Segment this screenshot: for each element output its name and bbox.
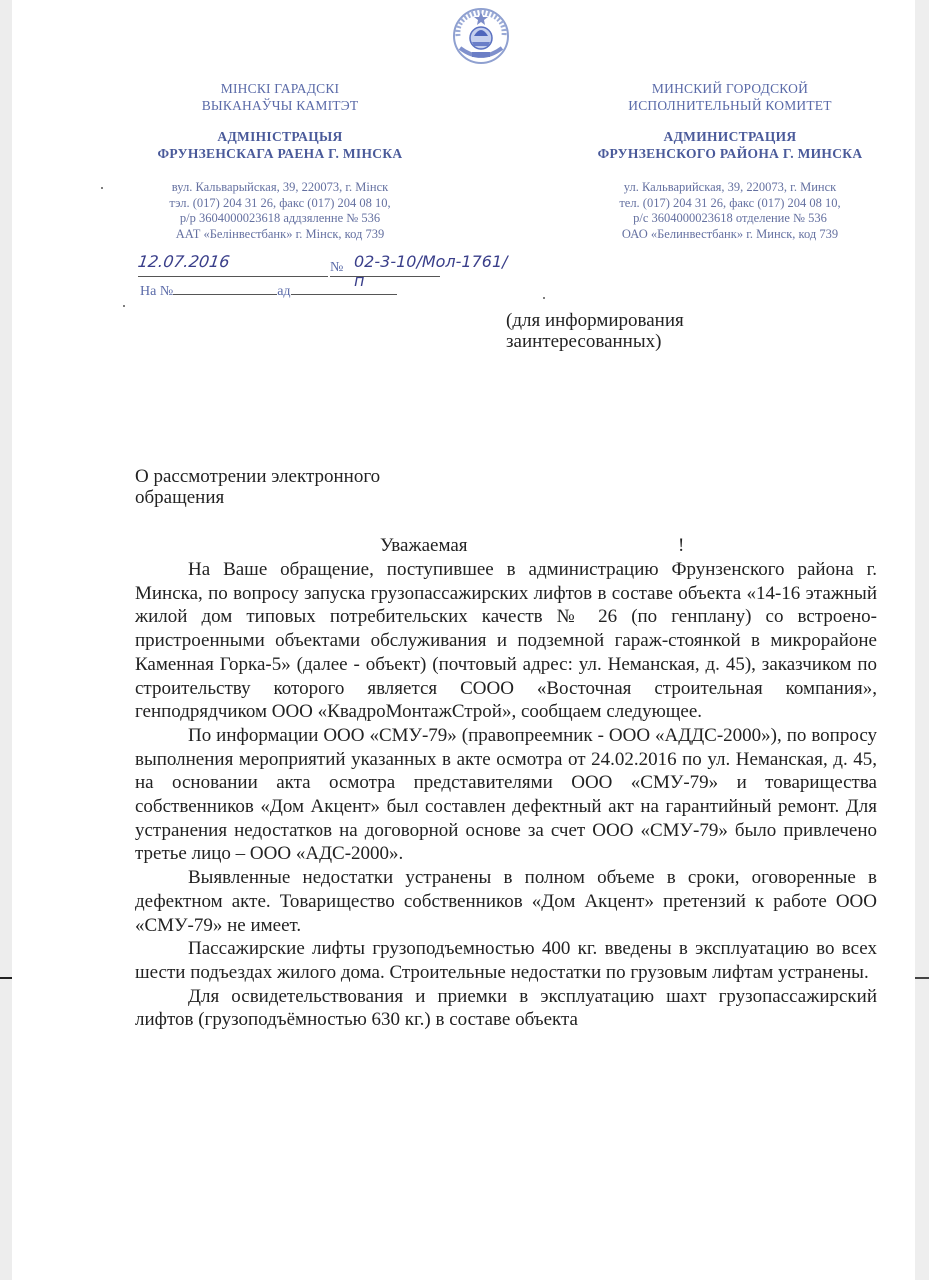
- header-russian: МИНСКИЙ ГОРОДСКОЙ ИСПОЛНИТЕЛЬНЫЙ КОМИТЕТ…: [560, 80, 900, 242]
- paragraph: Пассажирские лифты грузоподъемностью 400…: [135, 937, 877, 984]
- handwritten-date: 12.07.2016: [137, 252, 231, 271]
- org-name-line2: ИСПОЛНИТЕЛЬНЫЙ КОМИТЕТ: [560, 97, 900, 114]
- org-name-line1: МИНСКИЙ ГОРОДСКОЙ: [560, 80, 900, 97]
- number-label: №: [330, 260, 343, 276]
- salutation: Уважаемая !: [380, 535, 468, 557]
- contact-account: р/р 3604000023618 аддзяленне № 536: [120, 211, 440, 227]
- recipient-line2: заинтересованных): [506, 331, 684, 352]
- scan-mark-left: [0, 977, 12, 979]
- contact-bank: ААТ «Белінвестбанк» г. Мінск, код 739: [120, 227, 440, 243]
- number-underline: [330, 276, 440, 277]
- date-underline: [138, 276, 328, 277]
- contact-phone: тэл. (017) 204 31 26, факс (017) 204 08 …: [120, 196, 440, 212]
- subject-block: О рассмотрении электронного обращения: [135, 466, 380, 508]
- recipient-block: (для информирования заинтересованных): [506, 310, 684, 352]
- admin-name-line1: АДМІНІСТРАЦЫЯ: [120, 128, 440, 145]
- contact-address: вул. Кальварыйская, 39, 220073, г. Мінск: [120, 180, 440, 196]
- recipient-line1: (для информирования: [506, 310, 684, 331]
- header-belarusian: МІНСКІ ГАРАДСКІ ВЫКАНАЎЧЫ КАМІТЭТ АДМІНІ…: [120, 80, 440, 242]
- scan-speck: [101, 187, 103, 189]
- letter-body: На Ваше обращение, поступившее в админис…: [135, 558, 877, 1032]
- salutation-exclamation: !: [678, 535, 684, 557]
- subject-line1: О рассмотрении электронного: [135, 466, 380, 487]
- admin-name-line1: АДМИНИСТРАЦИЯ: [560, 128, 900, 145]
- scan-edge-left: [0, 0, 12, 1280]
- scan-mark-right: [915, 977, 929, 979]
- org-name-line1: МІНСКІ ГАРАДСКІ: [120, 80, 440, 97]
- contact-account: р/с 3604000023618 отделение № 536: [560, 211, 900, 227]
- reference-line: На №ад: [140, 282, 397, 300]
- scan-speck: [123, 305, 125, 307]
- contact-bank: ОАО «Белинвестбанк» г. Минск, код 739: [560, 227, 900, 243]
- admin-name-line2: ФРУНЗЕНСКАГА РАЕНА Г. МІНСКА: [120, 145, 440, 162]
- reference-date-blank: [291, 282, 397, 295]
- scan-edge-right: [915, 0, 929, 1280]
- reference-label: На №: [140, 284, 173, 299]
- org-name-line2: ВЫКАНАЎЧЫ КАМІТЭТ: [120, 97, 440, 114]
- paragraph: На Ваше обращение, поступившее в админис…: [135, 558, 877, 724]
- scan-speck: [543, 297, 545, 299]
- registration-line: 12.07.2016 № 02-3-10/Мол-1761/п: [138, 252, 508, 282]
- reference-blank: [173, 282, 277, 295]
- contact-address: ул. Кальварийская, 39, 220073, г. Минск: [560, 180, 900, 196]
- belarus-coat-of-arms-icon: [450, 6, 512, 68]
- admin-name-line2: ФРУНЗЕНСКОГО РАЙОНА Г. МИНСКА: [560, 145, 900, 162]
- paragraph: По информации ООО «СМУ-79» (правопреемни…: [135, 724, 877, 866]
- reference-from-label: ад: [277, 284, 290, 299]
- paragraph: Для освидетельствования и приемки в эксп…: [135, 985, 877, 1032]
- contact-phone: тел. (017) 204 31 26, факс (017) 204 08 …: [560, 196, 900, 212]
- subject-line2: обращения: [135, 487, 380, 508]
- salutation-text: Уважаемая: [380, 535, 468, 556]
- paragraph: Выявленные недостатки устранены в полном…: [135, 866, 877, 937]
